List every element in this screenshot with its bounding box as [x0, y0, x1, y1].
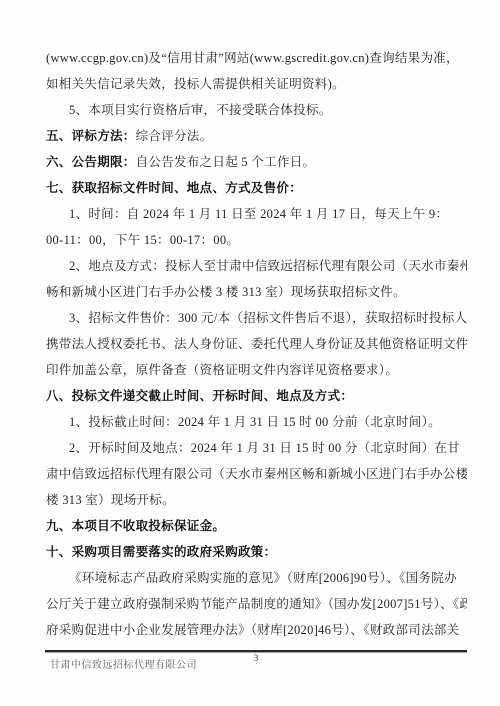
document-page: (www.ccgp.gov.cn)及“信用甘肃”网站(www.gscredit.…: [0, 0, 500, 706]
doc-line-text-run: 携带法人授权委托书、法人身份证、委托代理人身份证及其他资格证明文件复: [46, 337, 467, 351]
doc-line-text-run: 府采购促进中小企业发展管理办法》（财库[2020]46号）、《财政部司法部关: [46, 623, 459, 637]
section-heading-bold: 五、评标方法：: [46, 129, 136, 143]
doc-line-deadline-item1: 1、投标截止时间：2024 年 1 月 31 日 15 时 00 分前（北京时间…: [46, 409, 467, 435]
doc-line-opening-item2: 2、开标时间及地点：2024 年 1 月 31 日 15 时 00 分（北京时间…: [46, 435, 467, 461]
heading-section-10-procurement-policy: 十、采购项目需要落实的政府采购政策：: [46, 539, 467, 565]
section-heading-bold: 九、本项目不收取投标保证金。: [46, 519, 225, 533]
doc-line-text-run: 楼 313 室）现场开标。: [46, 493, 175, 507]
doc-line-opening-continuation-2: 楼 313 室）现场开标。: [46, 487, 467, 513]
section-heading-bold: 八、投标文件递交截止时间、开标时间、地点及方式：: [46, 389, 353, 403]
section-heading-bold: 六、公告期限：: [46, 155, 136, 169]
doc-line-text-run: 5、本项目实行资格后审，不接受联合体投标。: [69, 103, 332, 117]
doc-line-text-run: 2、地点及方式：投标人至甘肃中信致远招标代理有限公司（天水市秦州区: [69, 259, 467, 273]
doc-line-text-run: 1、投标截止时间：2024 年 1 月 31 日 15 时 00 分前（北京时间…: [69, 415, 441, 429]
doc-line-policy-1: 《环境标志产品政府采购实施的意见》（财库[2006]90号）、《国务院办: [46, 565, 467, 591]
doc-line-policy-3: 府采购促进中小企业发展管理办法》（财库[2020]46号）、《财政部司法部关: [46, 617, 467, 643]
doc-line-text-run: 公厅关于建立政府强制采购节能产品制度的通知》（国办发[2007]51号）、《政: [46, 597, 467, 611]
doc-line-price-continuation-1: 携带法人授权委托书、法人身份证、委托代理人身份证及其他资格证明文件复: [46, 331, 467, 357]
doc-line-text-run: 00-11：00，下午 15：00-17：00。: [46, 233, 239, 247]
page-footer: 甘肃中信致远招标代理有限公司 3: [45, 650, 467, 673]
doc-line-text-run: (www.ccgp.gov.cn)及“信用甘肃”网站(www.gscredit.…: [46, 51, 459, 65]
doc-line-location-continuation: 畅和新城小区进门右手办公楼 3 楼 313 室）现场获取招标文件。: [46, 279, 467, 305]
doc-line-price-continuation-2: 印件加盖公章，原件备查（资格证明文件内容详见资格要求）。: [46, 357, 467, 383]
doc-line-text-run: 《环境标志产品政府采购实施的意见》（财库[2006]90号）、《国务院办: [69, 571, 457, 585]
section-heading-bold: 十、采购项目需要落实的政府采购政策：: [46, 545, 276, 559]
heading-section-5-evaluation-method: 五、评标方法：综合评分法。: [46, 123, 467, 149]
doc-line-url-continuation: (www.ccgp.gov.cn)及“信用甘肃”网站(www.gscredit.…: [46, 45, 467, 71]
heading-section-8-submission-deadline: 八、投标文件递交截止时间、开标时间、地点及方式：: [46, 383, 467, 409]
doc-line-location-item2: 2、地点及方式：投标人至甘肃中信致远招标代理有限公司（天水市秦州区: [46, 253, 467, 279]
doc-line-text-run: 如相关失信记录失效，投标人需提供相关证明资料)。: [46, 77, 345, 91]
section-heading-bold: 七、获取招标文件时间、地点、方式及售价：: [46, 181, 302, 195]
heading-section-7-document-acquisition: 七、获取招标文件时间、地点、方式及售价：: [46, 175, 467, 201]
doc-line-text-run: 畅和新城小区进门右手办公楼 3 楼 313 室）现场获取招标文件。: [46, 285, 406, 299]
doc-line-opening-continuation-1: 肃中信致远招标代理有限公司（天水市秦州区畅和新城小区进门右手办公楼 3: [46, 461, 467, 487]
doc-line-time-item1: 1、时间：自 2024 年 1 月 11 日至 2024 年 1 月 17 日，…: [46, 201, 467, 227]
page-number: 3: [45, 653, 467, 663]
doc-line-credit-note: 如相关失信记录失效，投标人需提供相关证明资料)。: [46, 71, 467, 97]
doc-line-time-continuation: 00-11：00，下午 15：00-17：00。: [46, 227, 467, 253]
doc-line-policy-2: 公厅关于建立政府强制采购节能产品制度的通知》（国办发[2007]51号）、《政: [46, 591, 467, 617]
doc-line-text-run: 肃中信致远招标代理有限公司（天水市秦州区畅和新城小区进门右手办公楼 3: [46, 467, 467, 481]
doc-line-text-run: 综合评分法。: [136, 129, 213, 143]
doc-line-text-run: 1、时间：自 2024 年 1 月 11 日至 2024 年 1 月 17 日，…: [69, 207, 448, 221]
doc-line-text-run: 印件加盖公章，原件备查（资格证明文件内容详见资格要求）。: [46, 363, 398, 377]
heading-section-6-announcement-period: 六、公告期限：自公告发布之日起 5 个工作日。: [46, 149, 467, 175]
doc-line-price-item3: 3、招标文件售价：300 元/本（招标文件售后不退），获取招标时投标人须: [46, 305, 467, 331]
doc-line-text-run: 2、开标时间及地点：2024 年 1 月 31 日 15 时 00 分（北京时间…: [69, 441, 460, 455]
heading-section-9-no-deposit: 九、本项目不收取投标保证金。: [46, 513, 467, 539]
doc-line-text-run: 自公告发布之日起 5 个工作日。: [136, 155, 316, 169]
doc-line-text-run: 3、招标文件售价：300 元/本（招标文件售后不退），获取招标时投标人须: [69, 311, 467, 325]
doc-line-item5: 5、本项目实行资格后审，不接受联合体投标。: [46, 97, 467, 123]
